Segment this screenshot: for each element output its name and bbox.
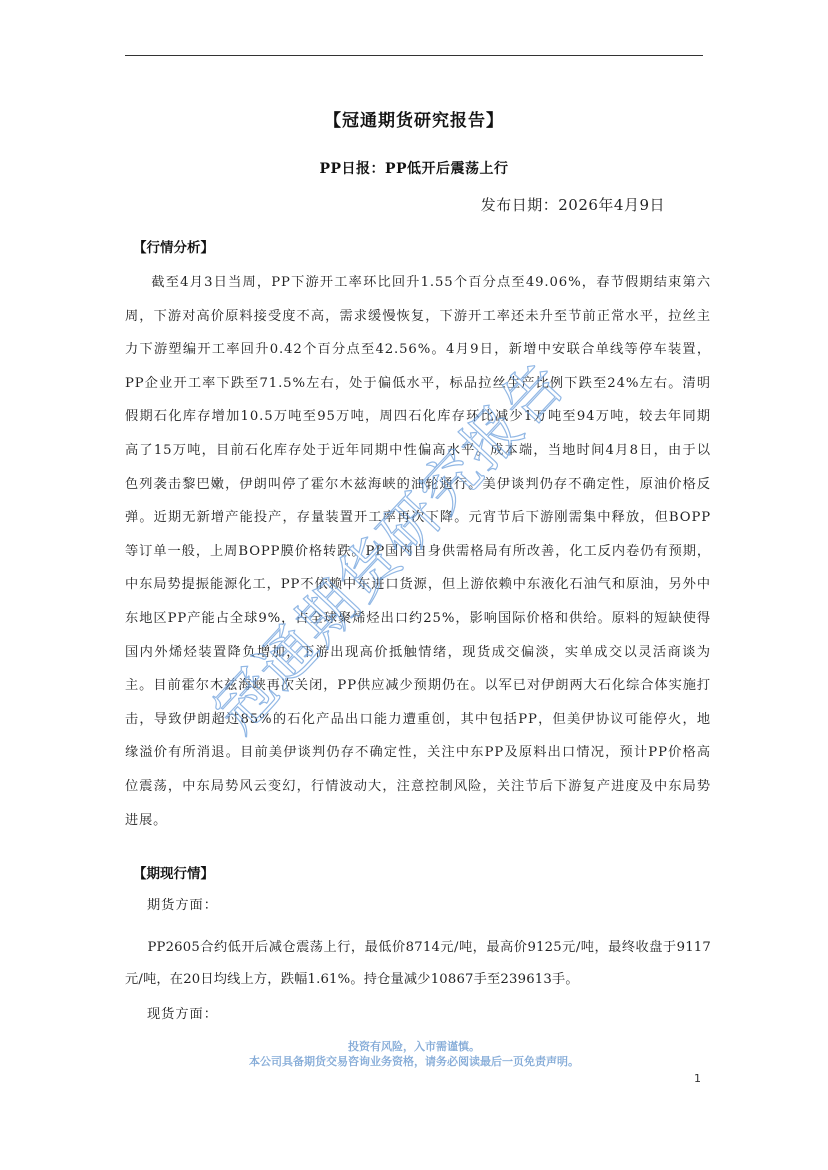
futures-paragraph: PP2605合约低开后减仓震荡上行，最低价8714元/吨，最高价9125元/吨，… bbox=[125, 932, 711, 996]
report-title: 【冠通期货研究报告】 bbox=[0, 106, 828, 131]
futures-subheading: 期货方面： bbox=[147, 894, 218, 913]
section-heading-market-analysis: 【行情分析】 bbox=[133, 236, 214, 256]
report-subtitle: PP日报：PP低开后震荡上行 bbox=[0, 158, 828, 178]
footer-disclaimer: 投资有风险，入市需谨慎。 本公司具备期货交易咨询业务资格，请务必阅读最后一页免责… bbox=[0, 1039, 828, 1069]
section-heading-futures-spot: 【期现行情】 bbox=[133, 862, 214, 882]
spot-subheading: 现货方面： bbox=[147, 1003, 218, 1022]
document-page: 【冠通期货研究报告】 PP日报：PP低开后震荡上行 发布日期：2026年4月9日… bbox=[0, 0, 828, 1170]
publish-date: 发布日期：2026年4月9日 bbox=[481, 194, 665, 215]
header-rule bbox=[125, 55, 703, 56]
disclaimer-notice: 本公司具备期货交易咨询业务资格，请务必阅读最后一页免责声明。 bbox=[0, 1054, 828, 1069]
page-number: 1 bbox=[694, 1072, 701, 1085]
market-analysis-paragraph: 截至4月3日当周，PP下游开工率环比回升1.55个百分点至49.06%，春节假期… bbox=[125, 266, 711, 837]
risk-notice: 投资有风险，入市需谨慎。 bbox=[0, 1039, 828, 1054]
